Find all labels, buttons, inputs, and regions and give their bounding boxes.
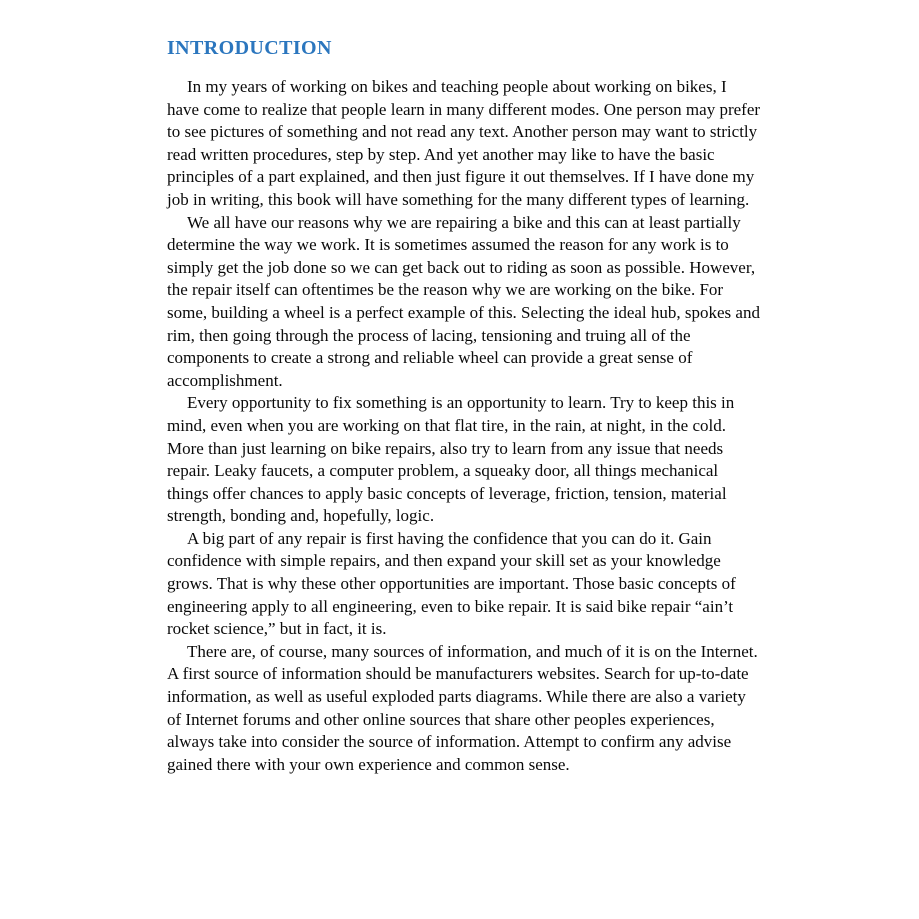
paragraph-sources-of-information: There are, of course, many sources of in… (167, 641, 762, 777)
paragraph-reasons-for-repair: We all have our reasons why we are repai… (167, 212, 762, 393)
paragraph-opportunity-to-learn: Every opportunity to fix something is an… (167, 392, 762, 528)
paragraph-learning-modes: In my years of working on bikes and teac… (167, 76, 762, 212)
document-page: INTRODUCTION In my years of working on b… (0, 0, 919, 919)
section-heading: INTRODUCTION (167, 36, 762, 60)
paragraph-confidence: A big part of any repair is first having… (167, 528, 762, 641)
